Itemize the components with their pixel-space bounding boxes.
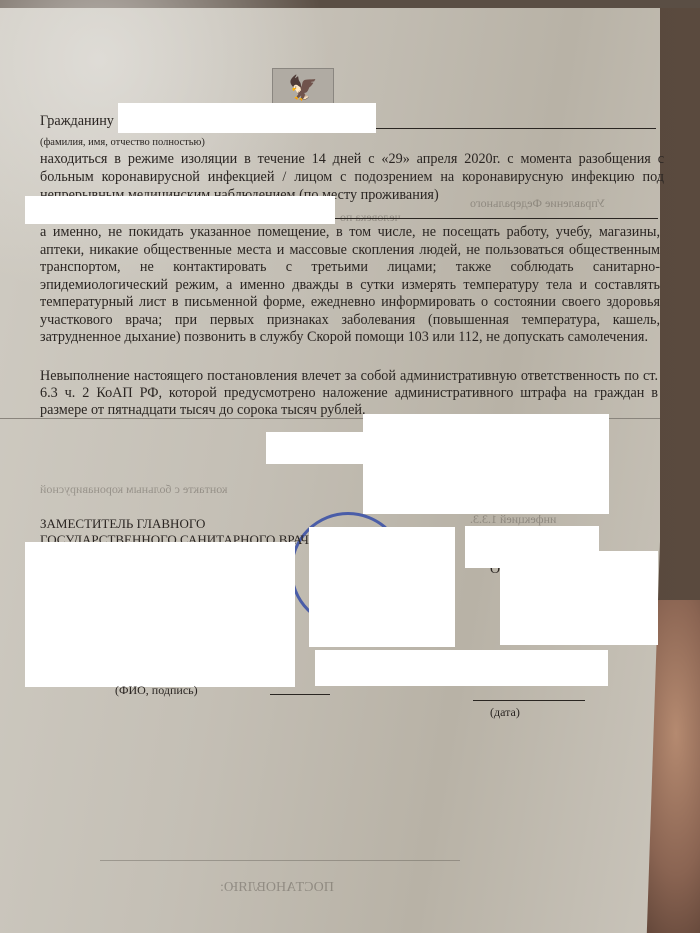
date-caption: (дата) [490, 705, 520, 720]
restrictions-paragraph: а именно, не покидать указанное помещени… [40, 224, 660, 347]
addressee-label: Гражданину [40, 112, 114, 130]
bleed-text: инфекцией 1.3.3. [470, 512, 556, 527]
bleed-text: контакте с больным коронавирусной [40, 482, 227, 497]
coat-of-arms-icon: 🦅 [272, 68, 334, 108]
address-underline [335, 218, 658, 219]
redacted-block [315, 650, 608, 686]
redacted-stamp [309, 527, 455, 647]
bleed-text: Управление Федерального [470, 196, 605, 211]
signature-caption: (ФИО, подпись) [115, 683, 198, 698]
redacted-name [118, 103, 376, 133]
bleed-text: ПОСТАНОВЛЯЮ: [220, 880, 334, 896]
redacted-address [25, 196, 335, 224]
liability-paragraph: Невыполнение настоящего постановления вл… [40, 368, 658, 419]
bleed-divider [100, 860, 460, 861]
redacted-signature [25, 542, 295, 687]
signature-line [270, 694, 330, 695]
redacted-block [363, 414, 609, 514]
date-line [473, 700, 585, 701]
redacted-block [266, 432, 366, 464]
redacted-block [500, 551, 658, 645]
